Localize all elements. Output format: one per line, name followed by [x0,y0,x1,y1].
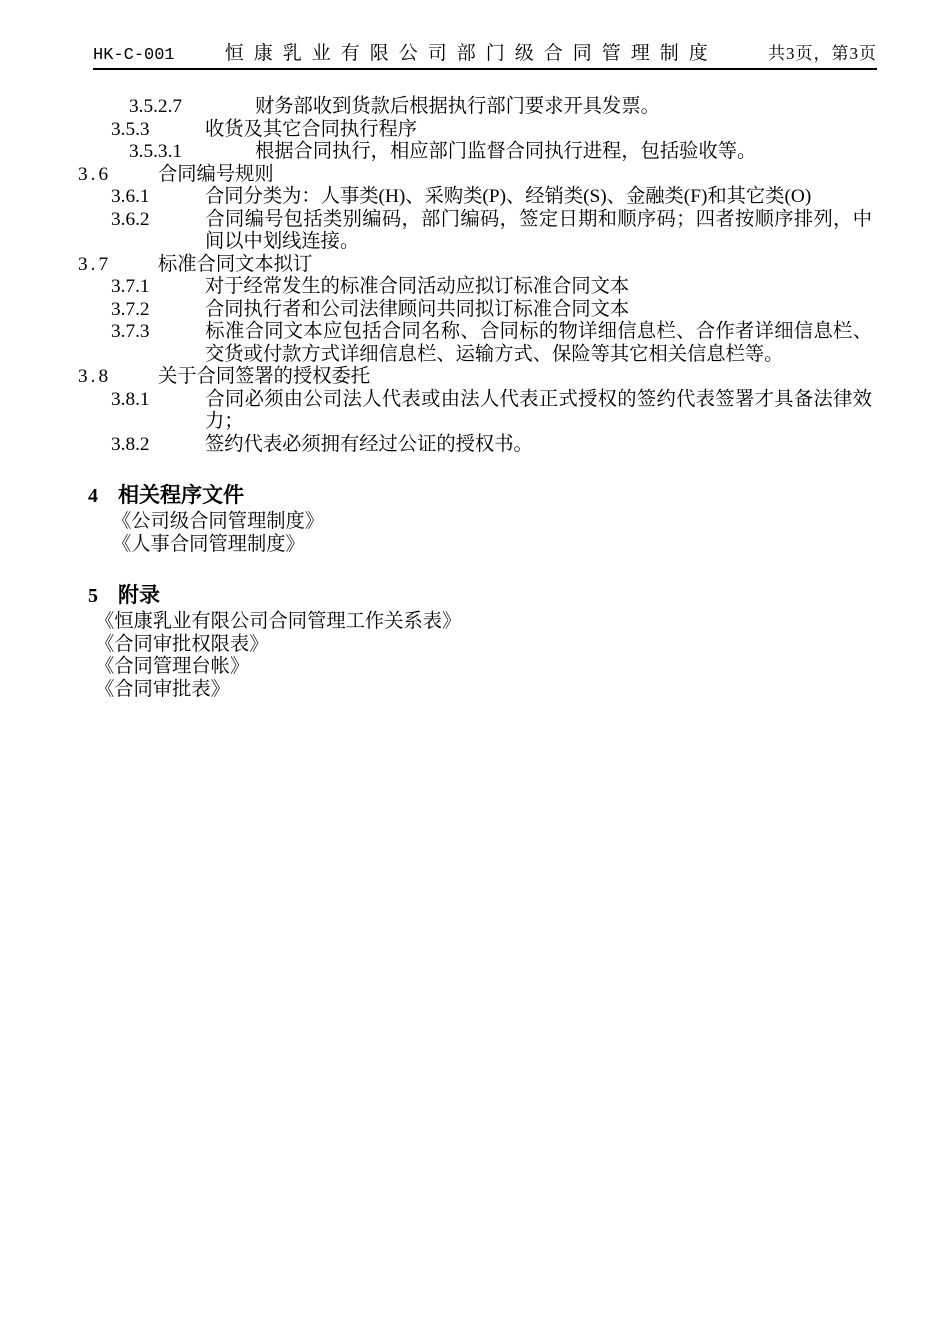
clause-3.6.2: 3.6.2合同编号包括类别编码，部门编码，签定日期和顺序码；四者按顺序排列，中间… [0,209,872,254]
section-title: 相关程序文件 [118,483,244,507]
reference-item: 《合同审批权限表》 [0,634,950,657]
clause-text: 财务部收到货款后根据执行部门要求开具发票。 [255,96,660,117]
reference-list: 《恒康乳业有限公司合同管理工作关系表》《合同审批权限表》《合同管理台帐》《合同审… [0,611,950,701]
document-page: HK-C-001 恒康乳业有限公司部门级合同管理制度 共3页，第3页 3.5.2… [0,0,950,1344]
clause-number: 3.7.1 [158,276,205,299]
clause-number: 3.8.1 [158,389,205,412]
clause-3.6: 3.6合同编号规则 [0,164,872,187]
section-title: 附录 [118,583,160,607]
document-code: HK-C-001 [93,46,175,65]
clause-list: 3.5.2.7财务部收到货款后根据执行部门要求开具发票。3.5.3收货及其它合同… [0,96,872,456]
clause-3.8: 3.8关于合同签署的授权委托 [0,366,872,389]
clause-number: 3.8.2 [158,434,205,457]
reference-item: 《合同管理台帐》 [0,656,950,679]
clause-number: 3.7.3 [158,321,205,344]
clause-number: 3.6 [118,164,158,187]
reference-item: 《合同审批表》 [0,679,950,702]
clause-text: 合同编号包括类别编码，部门编码，签定日期和顺序码；四者按顺序排列，中间以中划线连… [205,209,872,253]
clause-number: 3.5.3.1 [192,141,255,164]
section-related-documents: 4相关程序文件 《公司级合同管理制度》《人事合同管理制度》 [0,480,950,556]
section-number: 5 [88,581,118,611]
clause-3.5.3.1: 3.5.3.1根据合同执行，相应部门监督合同执行进程，包括验收等。 [0,141,872,164]
clause-text: 签约代表必须拥有经过公证的授权书。 [205,434,533,455]
clause-text: 合同分类为：人事类(H)、采购类(P)、经销类(S)、金融类(F)和其它类(O) [205,186,811,207]
reference-item: 《人事合同管理制度》 [0,534,950,557]
clause-text: 标准合同文本拟订 [158,254,312,275]
clause-text: 标准合同文本应包括合同名称、合同标的物详细信息栏、合作者详细信息栏、交货或付款方… [205,321,872,365]
clause-number: 3.7.2 [158,299,205,322]
clause-3.7: 3.7标准合同文本拟订 [0,254,872,277]
clause-3.8.2: 3.8.2签约代表必须拥有经过公证的授权书。 [0,434,872,457]
section-appendix: 5附录 《恒康乳业有限公司合同管理工作关系表》《合同审批权限表》《合同管理台帐》… [0,580,950,701]
clause-3.8.1: 3.8.1合同必须由公司法人代表或由法人代表正式授权的签约代表签署才具备法律效力… [0,389,872,434]
reference-item: 《恒康乳业有限公司合同管理工作关系表》 [0,611,950,634]
clause-number: 3.6.1 [158,186,205,209]
clause-number: 3.5.3 [158,119,205,142]
clause-number: 3.8 [118,366,158,389]
page-number-info: 共3页，第3页 [768,39,877,64]
clause-number: 3.5.2.7 [192,96,255,119]
clause-text: 关于合同签署的授权委托 [158,366,370,387]
clause-3.7.1: 3.7.1对于经常发生的标准合同活动应拟订标准合同文本 [0,276,872,299]
reference-list: 《公司级合同管理制度》《人事合同管理制度》 [0,511,950,556]
clause-number: 3.7 [118,254,158,277]
clause-3.5.2.7: 3.5.2.7财务部收到货款后根据执行部门要求开具发票。 [0,96,872,119]
clause-number: 3.6.2 [158,209,205,232]
section-heading: 4相关程序文件 [0,480,950,511]
section-heading: 5附录 [0,580,950,611]
clause-text: 对于经常发生的标准合同活动应拟订标准合同文本 [205,276,629,297]
reference-item: 《公司级合同管理制度》 [0,511,950,534]
clause-3.5.3: 3.5.3收货及其它合同执行程序 [0,119,872,142]
clause-text: 合同编号规则 [158,164,274,185]
clause-text: 合同必须由公司法人代表或由法人代表正式授权的签约代表签署才具备法律效力； [205,389,872,433]
clause-3.7.3: 3.7.3标准合同文本应包括合同名称、合同标的物详细信息栏、合作者详细信息栏、交… [0,321,872,366]
clause-3.6.1: 3.6.1合同分类为：人事类(H)、采购类(P)、经销类(S)、金融类(F)和其… [0,186,872,209]
clause-text: 收货及其它合同执行程序 [205,119,417,140]
section-number: 4 [88,481,118,511]
clause-3.7.2: 3.7.2合同执行者和公司法律顾问共同拟订标准合同文本 [0,299,872,322]
document-title: 恒康乳业有限公司部门级合同管理制度 [175,38,768,65]
clause-text: 合同执行者和公司法律顾问共同拟订标准合同文本 [205,299,629,320]
page-header: HK-C-001 恒康乳业有限公司部门级合同管理制度 共3页，第3页 [93,0,877,70]
clause-text: 根据合同执行，相应部门监督合同执行进程，包括验收等。 [255,141,756,162]
